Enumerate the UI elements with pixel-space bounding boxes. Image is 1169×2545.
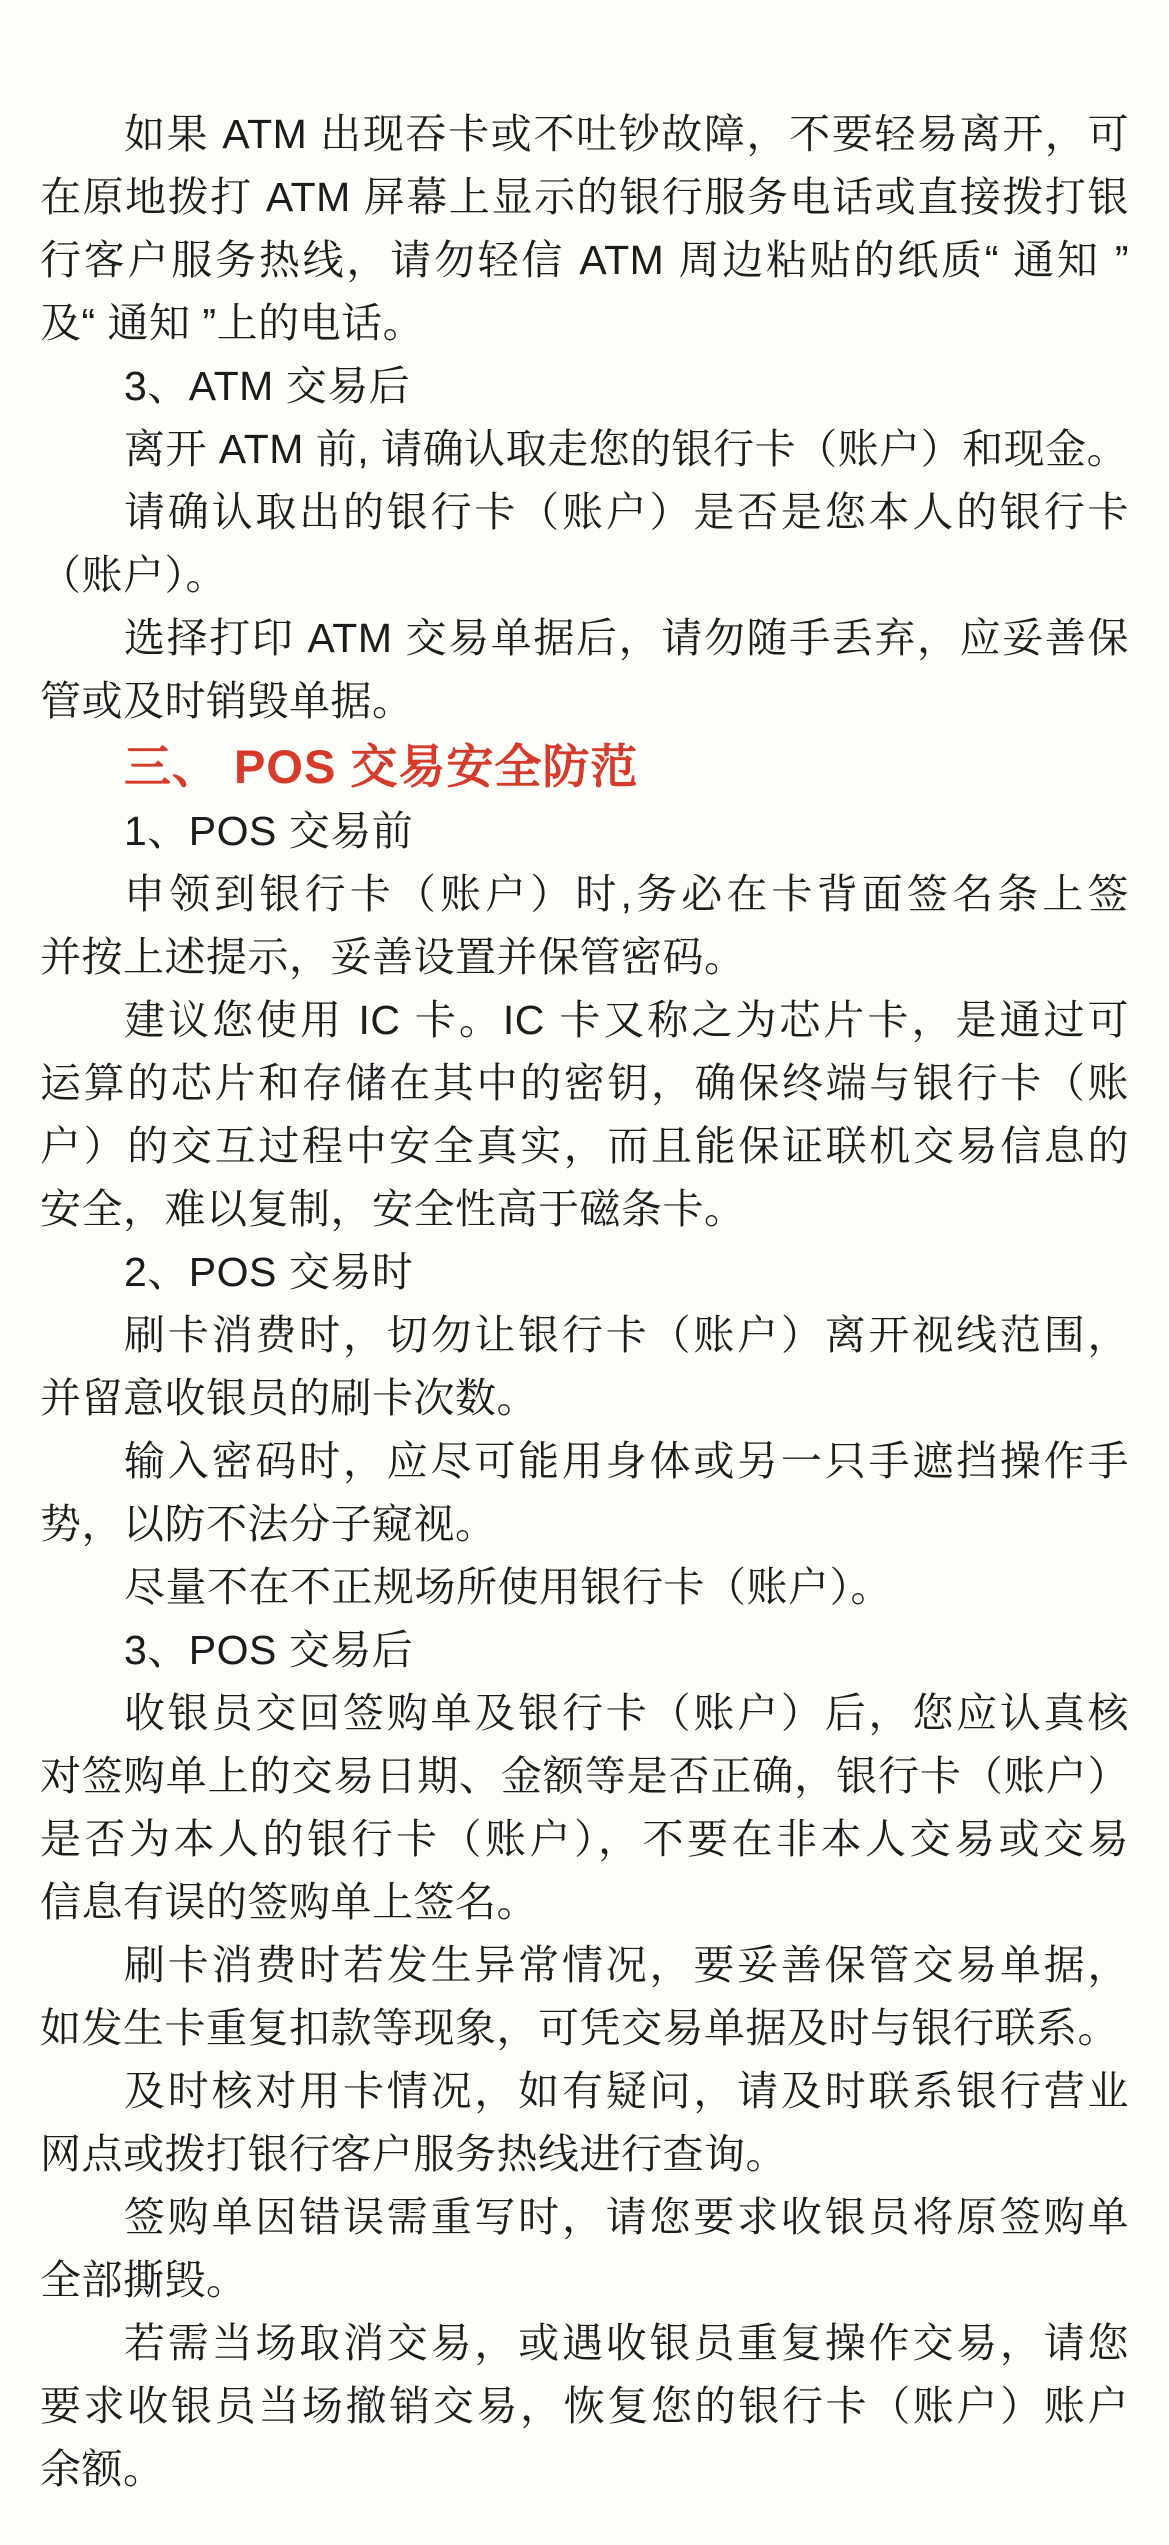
text-line: 并按上述提示，妥善设置并保管密码。 <box>40 926 1129 989</box>
text-line: 建议您使用 IC 卡。IC 卡又称之为芯片卡，是通过可 <box>40 989 1129 1052</box>
document-page: 如果 ATM 出现吞卡或不吐钞故障，不要轻易离开，可在原地拨打 ATM 屏幕上显… <box>0 0 1169 2545</box>
text-line: 3、ATM 交易后 <box>40 355 1129 418</box>
text-line: 运算的芯片和存储在其中的密钥，确保终端与银行卡（账 <box>40 1052 1129 1115</box>
text-line: 3、POS 交易后 <box>40 1619 1129 1682</box>
text-line: 尽量不在不正规场所使用银行卡（账户）。 <box>40 1556 1129 1619</box>
document-body: 如果 ATM 出现吞卡或不吐钞故障，不要轻易离开，可在原地拨打 ATM 屏幕上显… <box>40 103 1129 2501</box>
text-line: 并留意收银员的刷卡次数。 <box>40 1367 1129 1430</box>
section-heading: 三、 POS 交易安全防范 <box>40 733 1129 800</box>
text-line: 网点或拨打银行客户服务热线进行查询。 <box>40 2123 1129 2186</box>
text-line: 要求收银员当场撤销交易，恢复您的银行卡（账户）账户 <box>40 2375 1129 2438</box>
text-line: 1、POS 交易前 <box>40 800 1129 863</box>
text-line: 若需当场取消交易，或遇收银员重复操作交易，请您 <box>40 2312 1129 2375</box>
text-line: 行客户服务热线，请勿轻信 ATM 周边粘贴的纸质“ 通知 ” <box>40 229 1129 292</box>
text-line: 签购单因错误需重写时，请您要求收银员将原签购单 <box>40 2186 1129 2249</box>
text-line: 信息有误的签购单上签名。 <box>40 1871 1129 1934</box>
text-line: 如发生卡重复扣款等现象，可凭交易单据及时与银行联系。 <box>40 1997 1129 2060</box>
text-line: 及“ 通知 ”上的电话。 <box>40 292 1129 355</box>
text-line: 收银员交回签购单及银行卡（账户）后，您应认真核 <box>40 1682 1129 1745</box>
text-line: 离开 ATM 前, 请确认取走您的银行卡（账户）和现金。 <box>40 418 1129 481</box>
text-line: 余额。 <box>40 2438 1129 2501</box>
text-line: 输入密码时，应尽可能用身体或另一只手遮挡操作手 <box>40 1430 1129 1493</box>
text-line: 势，以防不法分子窥视。 <box>40 1493 1129 1556</box>
text-line: 对签购单上的交易日期、金额等是否正确，银行卡（账户） <box>40 1745 1129 1808</box>
text-line: 刷卡消费时若发生异常情况，要妥善保管交易单据， <box>40 1934 1129 1997</box>
text-line: （账户）。 <box>40 544 1129 607</box>
text-line: 是否为本人的银行卡（账户），不要在非本人交易或交易 <box>40 1808 1129 1871</box>
text-line: 在原地拨打 ATM 屏幕上显示的银行服务电话或直接拨打银 <box>40 166 1129 229</box>
text-line: 刷卡消费时，切勿让银行卡（账户）离开视线范围， <box>40 1304 1129 1367</box>
text-line: 请确认取出的银行卡（账户）是否是您本人的银行卡 <box>40 481 1129 544</box>
text-line: 如果 ATM 出现吞卡或不吐钞故障，不要轻易离开，可 <box>40 103 1129 166</box>
text-line: 2、POS 交易时 <box>40 1241 1129 1304</box>
text-line: 安全，难以复制，安全性高于磁条卡。 <box>40 1178 1129 1241</box>
text-line: 选择打印 ATM 交易单据后，请勿随手丢弃，应妥善保 <box>40 607 1129 670</box>
text-line: 户）的交互过程中安全真实，而且能保证联机交易信息的 <box>40 1115 1129 1178</box>
text-line: 及时核对用卡情况，如有疑问，请及时联系银行营业 <box>40 2060 1129 2123</box>
text-line: 管或及时销毁单据。 <box>40 670 1129 733</box>
text-line: 全部撕毁。 <box>40 2249 1129 2312</box>
text-line: 申领到银行卡（账户）时,务必在卡背面签名条上签名， <box>40 863 1129 926</box>
